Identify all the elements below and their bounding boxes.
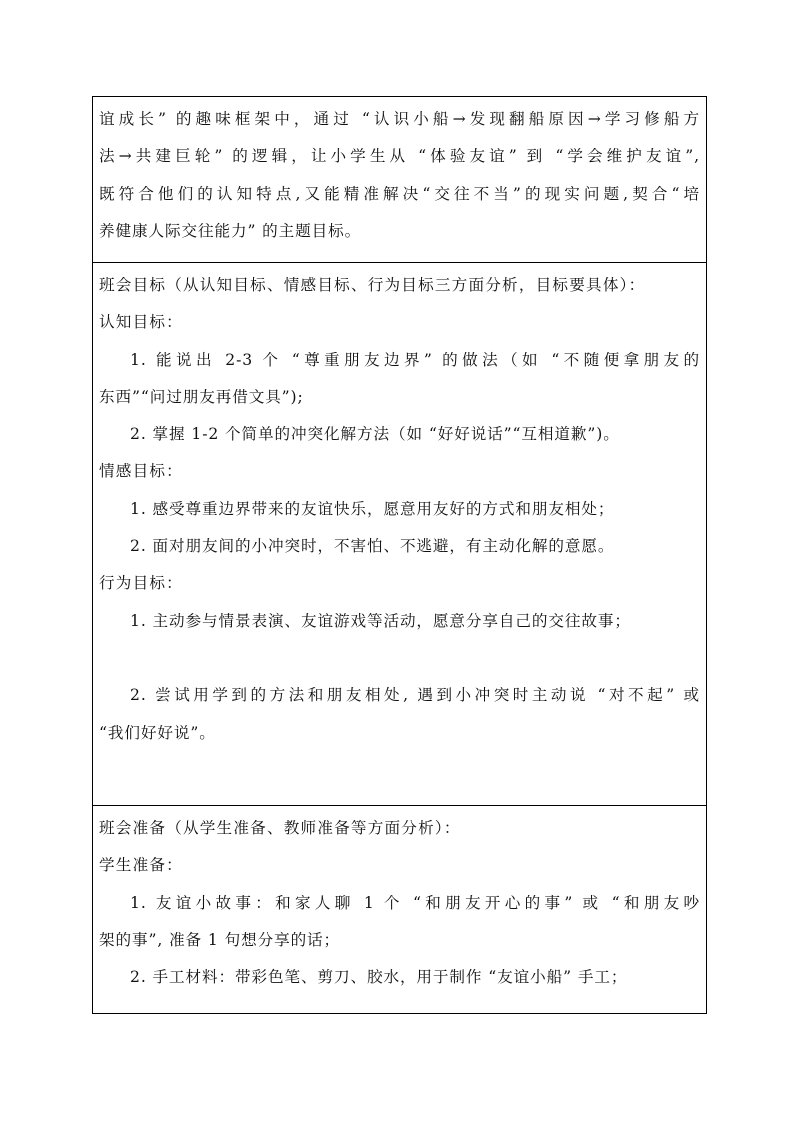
cognitive-goals-label: 认知目标：	[99, 304, 700, 341]
behavioral-goals-label: 行为目标：	[99, 565, 700, 602]
emotional-goal-1: 1. 感受尊重边界带来的友谊快乐，愿意用友好的方式和朋友相处；	[99, 491, 700, 528]
emotional-goals-label: 情感目标：	[99, 453, 700, 490]
intro-line-1: 谊成长” 的趣味框架中，通过 “认识小船→发现翻船原因→学习修船方	[99, 101, 700, 138]
cognitive-goal-1-line-2: 东西”“问过朋友再借文具”);	[99, 379, 700, 416]
student-prep-2: 2. 手工材料：带彩色笔、剪刀、胶水，用于制作 “友谊小船” 手工；	[99, 959, 700, 996]
preparation-title: 班会准备（从学生准备、教师准备等方面分析）：	[99, 810, 700, 847]
emotional-goal-2: 2. 面对朋友间的小冲突时，不害怕、不逃避，有主动化解的意愿。	[99, 528, 700, 565]
blank-line	[99, 640, 700, 677]
behavioral-goal-1: 1. 主动参与情景表演、友谊游戏等活动，愿意分享自己的交往故事；	[99, 603, 700, 640]
intro-line-3: 既符合他们的认知特点,又能精准解决“交往不当”的现实问题,契合“培	[99, 176, 700, 213]
student-prep-1-line-2: 架的事”, 准备 1 句想分享的话；	[99, 922, 700, 959]
student-prep-1-line-1: 1. 友谊小故事：和家人聊 1 个 “和朋友开心的事” 或 “和朋友吵	[99, 885, 700, 922]
cognitive-goal-1-line-1: 1. 能说出 2-3 个 “尊重朋友边界” 的做法（如 “不随便拿朋友的	[99, 342, 700, 379]
intro-line-2: 法→共建巨轮” 的逻辑，让小学生从 “体验友谊” 到 “学会维护友谊”,	[99, 138, 700, 175]
lesson-plan-table: 谊成长” 的趣味框架中，通过 “认识小船→发现翻船原因→学习修船方 法→共建巨轮…	[92, 96, 707, 1014]
goals-title: 班会目标（从认知目标、情感目标、行为目标三方面分析，目标要具体）：	[99, 267, 700, 304]
behavioral-goal-2-line-1: 2. 尝试用学到的方法和朋友相处, 遇到小冲突时主动说 “对不起” 或	[99, 677, 700, 714]
student-preparation-label: 学生准备：	[99, 847, 700, 884]
goals-cell: 班会目标（从认知目标、情感目标、行为目标三方面分析，目标要具体）： 认知目标： …	[93, 263, 706, 806]
preparation-cell: 班会准备（从学生准备、教师准备等方面分析）： 学生准备： 1. 友谊小故事：和家…	[93, 806, 706, 1013]
cognitive-goal-2: 2. 掌握 1-2 个简单的冲突化解方法（如 “好好说话”“互相道歉”)。	[99, 416, 700, 453]
intro-cell: 谊成长” 的趣味框架中，通过 “认识小船→发现翻船原因→学习修船方 法→共建巨轮…	[93, 97, 706, 263]
intro-line-4: 养健康人际交往能力” 的主题目标。	[99, 213, 700, 250]
behavioral-goal-2-line-2: “我们好好说”。	[99, 715, 700, 752]
